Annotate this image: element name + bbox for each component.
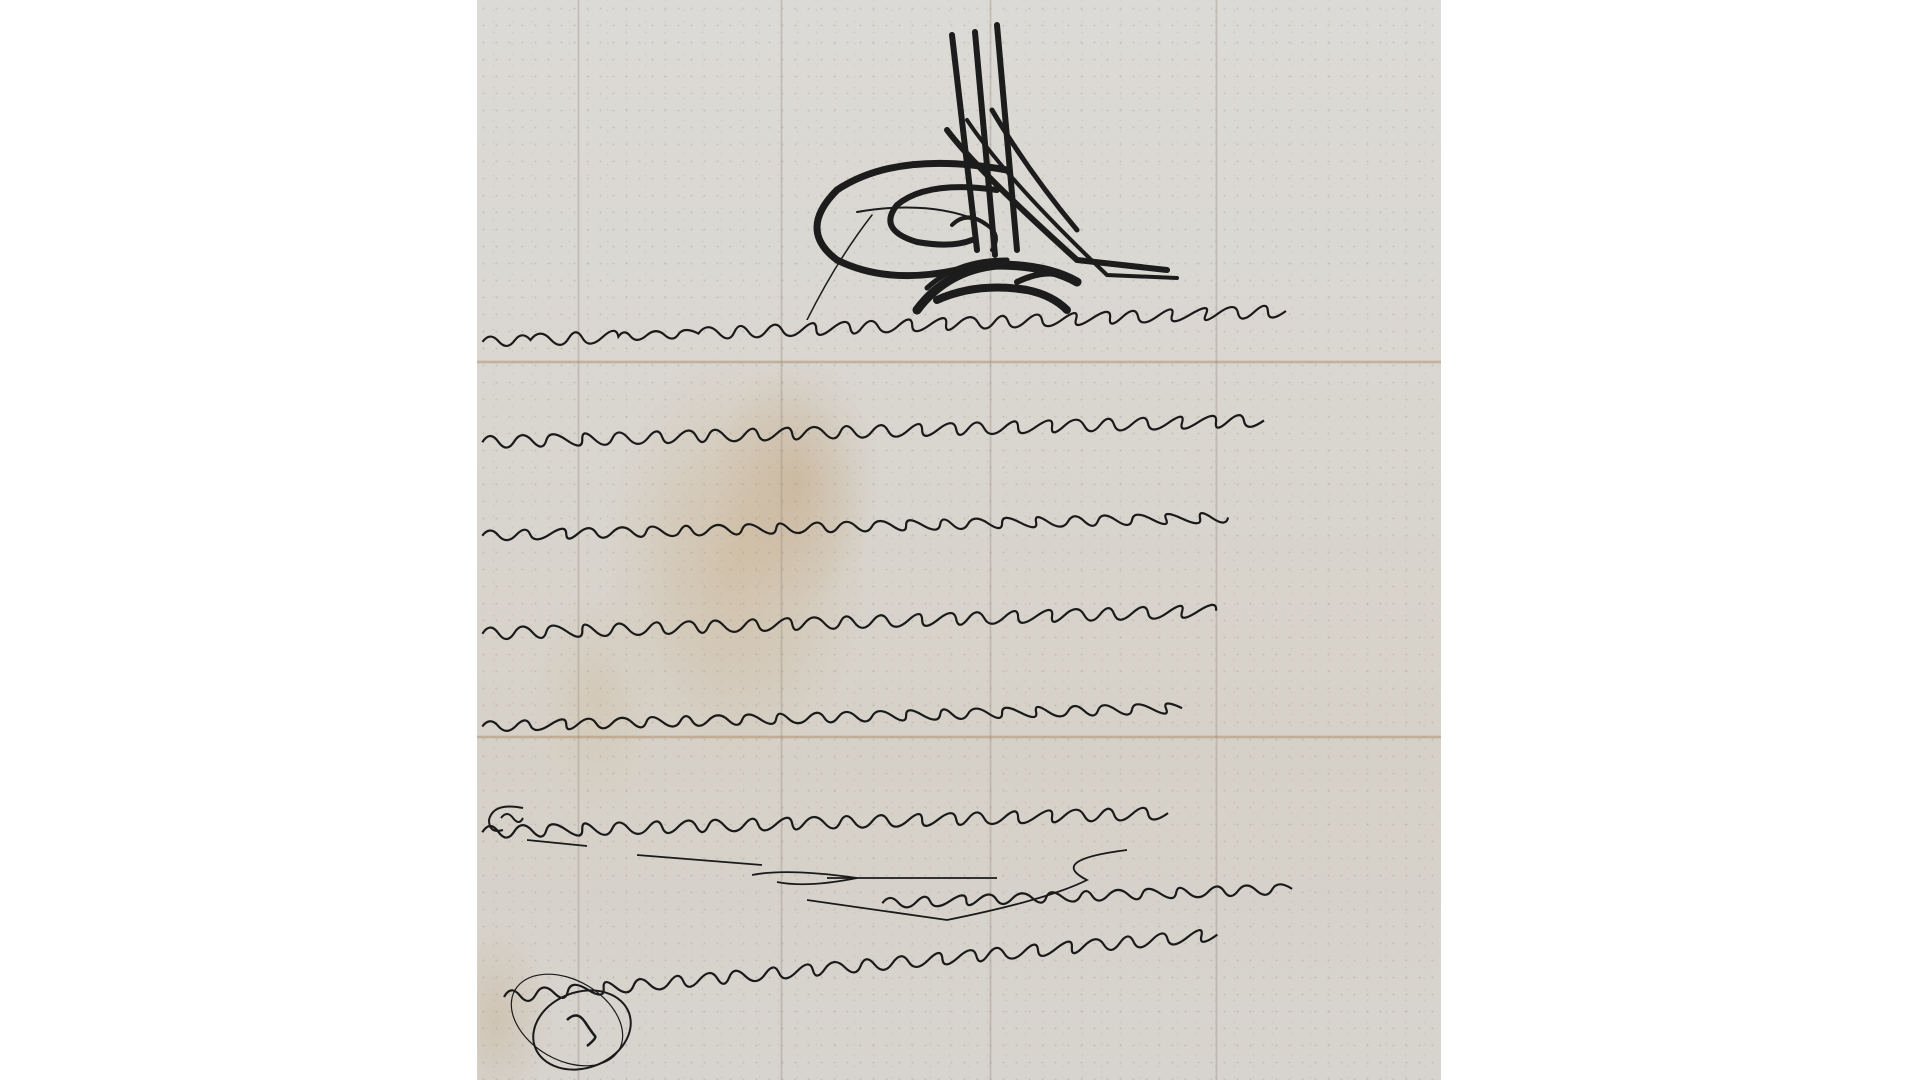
fold-line-horizontal bbox=[477, 360, 1441, 364]
document-photo: عبد المجيد صح bbox=[477, 0, 1441, 1080]
sah-mark: صح bbox=[483, 800, 533, 840]
sah-mark-icon bbox=[483, 800, 533, 840]
tughra-emblem: عبد المجيد bbox=[777, 20, 1197, 320]
signature-icon bbox=[497, 960, 647, 1080]
tughra-icon bbox=[777, 20, 1197, 320]
signature: pen flourish signature (bottom left) bbox=[497, 960, 647, 1080]
